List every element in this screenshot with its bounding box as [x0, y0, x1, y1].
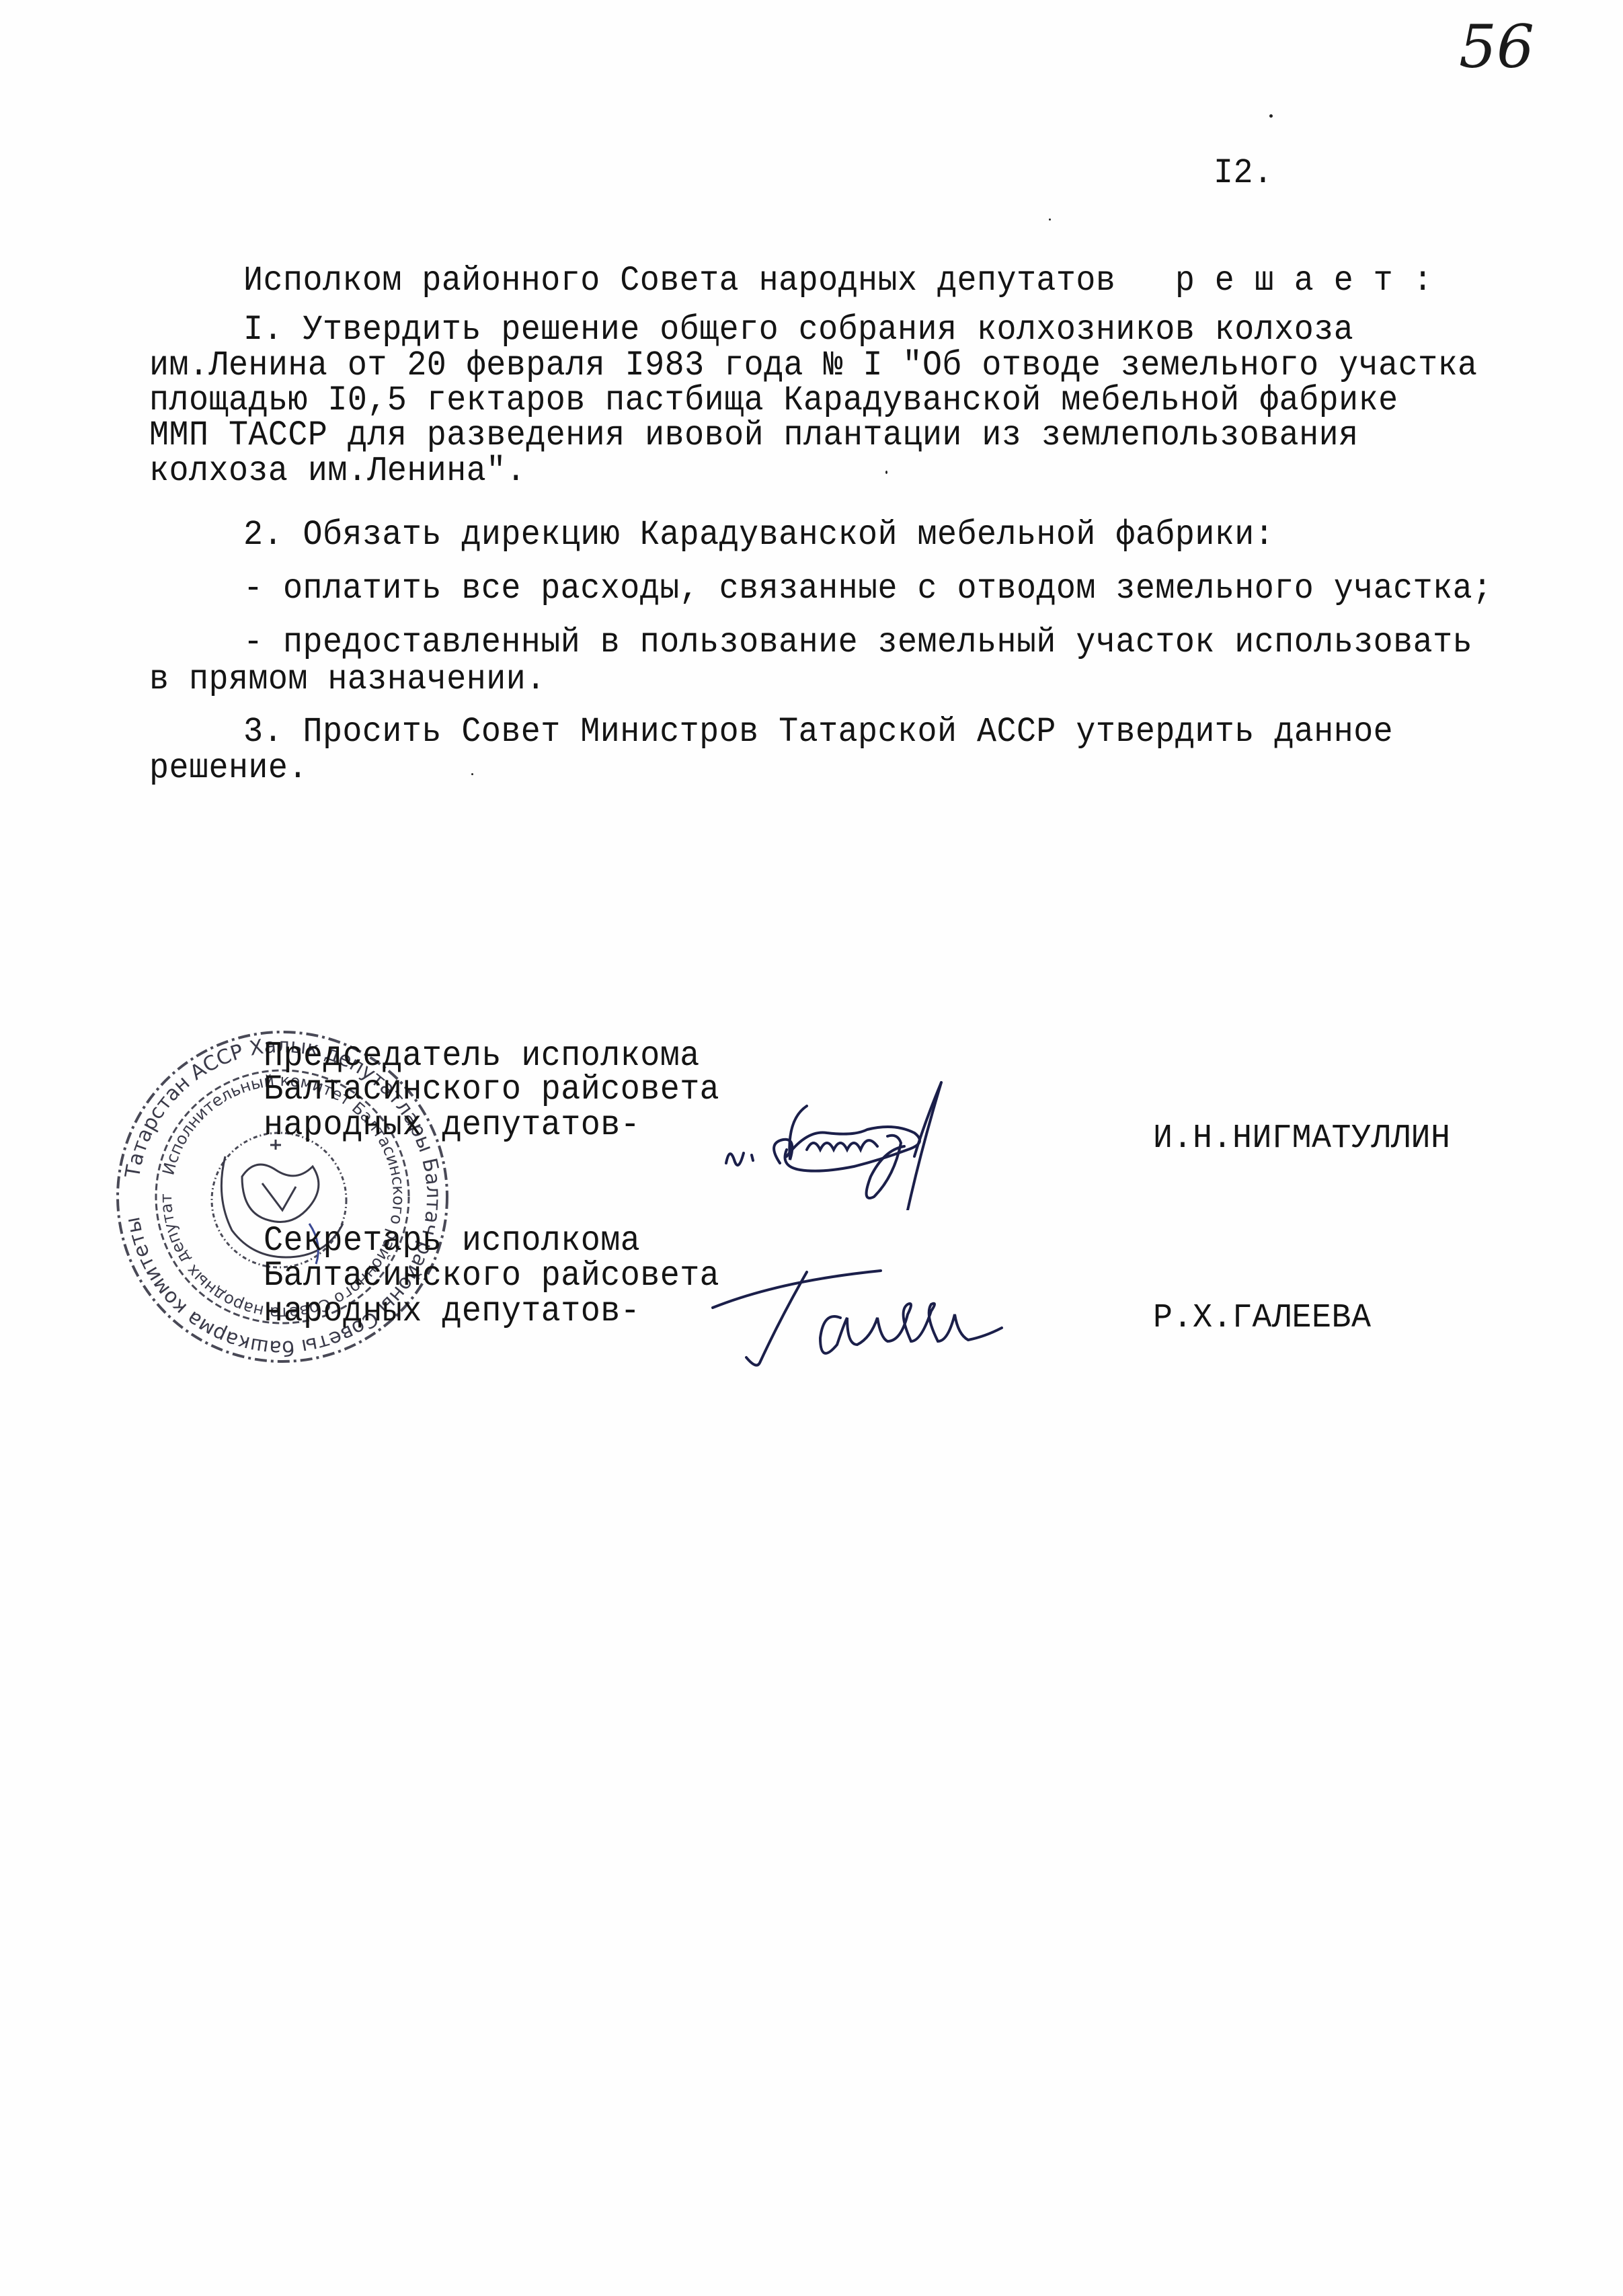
item-2-bullet-1: - оплатить все расходы, связанные с отво…: [243, 571, 1493, 606]
scan-speck: [885, 471, 887, 474]
page-number: I2.: [1214, 156, 1273, 191]
scan-speck: [1049, 219, 1051, 221]
item-2-line: 2. Обязать дирекцию Карадуванской мебель…: [243, 518, 1274, 553]
signatory-2-title-line: Балтасинского райсовета: [264, 1259, 719, 1294]
signatory-2-name: Р.Х.ГАЛЕЕВА: [1153, 1301, 1371, 1336]
signatory-2-title-line: Секретарь исполкома: [264, 1224, 640, 1259]
archive-folio-number: 56: [1459, 12, 1534, 81]
item-1-line: площадью I0,5 гектаров пастбища Карадува…: [149, 383, 1398, 418]
signatory-1-title-line: народных депутатов-: [264, 1108, 640, 1143]
scan-speck: [471, 773, 473, 775]
signatory-1-title-line: Балтасинского райсовета: [264, 1072, 719, 1107]
item-1-line: колхоза им.Ленина".: [149, 454, 526, 489]
scan-speck: [1269, 114, 1273, 118]
item-1-line: I. Утвердить решение общего собрания кол…: [243, 313, 1353, 348]
signatory-2-title-line: народных депутатов-: [264, 1294, 640, 1329]
item-2-bullet-2-cont: в прямом назначении.: [149, 662, 546, 697]
decision-preamble: Исполком районного Совета народных депут…: [243, 264, 1433, 299]
item-1-line: ММП ТАССР для разведения ивовой плантаци…: [149, 418, 1359, 453]
item-3-line: 3. Просить Совет Министров Татарской АСС…: [243, 715, 1393, 750]
item-3-line: решение.: [149, 751, 308, 786]
signatory-1-title-line: Председатель исполкома: [264, 1039, 700, 1074]
item-2-bullet-2: - предоставленный в пользование земельны…: [243, 625, 1472, 660]
item-1-line: им.Ленина от 20 февраля I983 года № I "О…: [149, 348, 1478, 383]
chairman-signature: [713, 1076, 1103, 1210]
signatory-1-name: И.Н.НИГМАТУЛЛИН: [1153, 1121, 1450, 1156]
secretary-signature: [706, 1264, 1109, 1372]
document-page: 56 I2. Исполком районного Совета народны…: [0, 0, 1623, 2296]
